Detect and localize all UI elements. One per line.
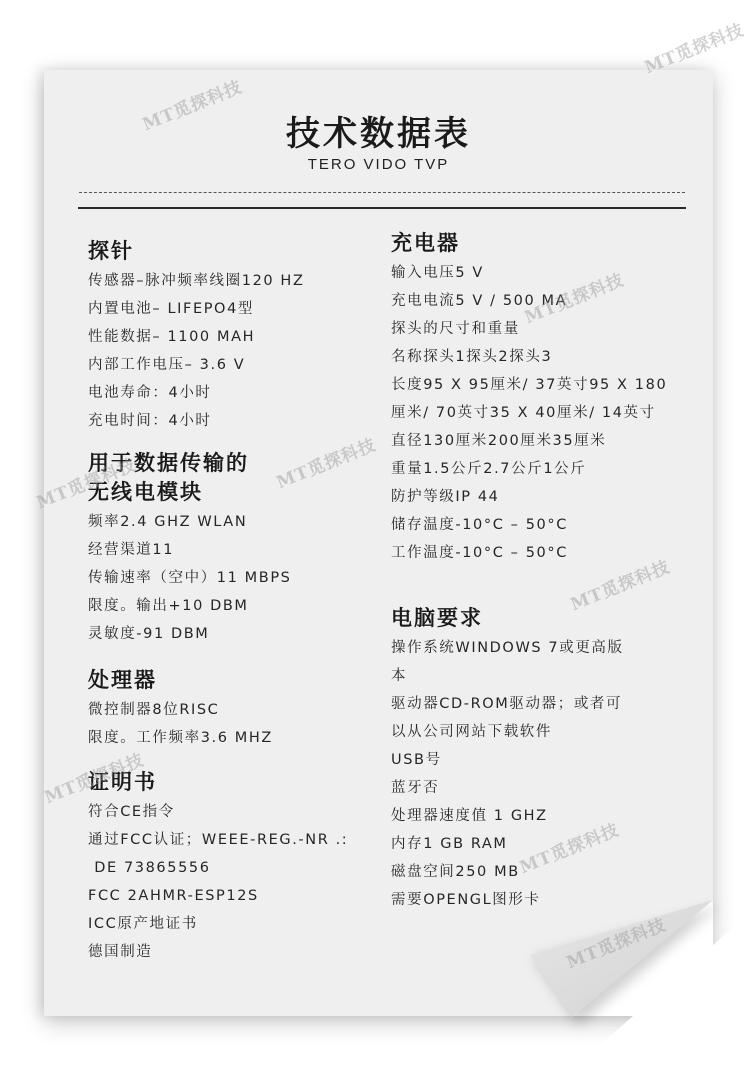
section-title-processor: 处理器 bbox=[88, 667, 378, 694]
section-processor: 处理器 微控制器8位RISC 限度。工作频率3.6 MHZ bbox=[88, 667, 378, 752]
section-title-probe: 探针 bbox=[88, 238, 378, 265]
spec-line: 长度95 X 95厘米/ 37英寸95 X 180 bbox=[391, 371, 701, 399]
spec-line: 灵敏度-91 DBM bbox=[88, 620, 378, 648]
spec-line: FCC 2AHMR-ESP12S bbox=[88, 882, 378, 910]
spec-line: 限度。输出+10 DBM bbox=[88, 592, 378, 620]
section-radio-module: 用于数据传输的 无线电模块 频率2.4 GHZ WLAN 经营渠道11 传输速率… bbox=[88, 450, 378, 648]
spec-line: 直径130厘米200厘米35厘米 bbox=[391, 427, 701, 455]
spec-line: 本 bbox=[391, 662, 701, 690]
watermark: MT觅探科技 bbox=[640, 15, 747, 78]
spec-line: 驱动器CD-ROM驱动器；或者可 bbox=[391, 690, 701, 718]
left-column: 探针 传感器–脉冲频率线圈120 HZ 内置电池– LIFEPO4型 性能数据–… bbox=[88, 238, 378, 966]
section-title-charger: 充电器 bbox=[391, 230, 701, 257]
spec-line: 传感器–脉冲频率线圈120 HZ bbox=[88, 267, 378, 295]
spec-line: 操作系统WINDOWS 7或更高版 bbox=[391, 634, 701, 662]
spec-line: 内部工作电压– 3.6 V bbox=[88, 351, 378, 379]
spec-line: 经营渠道11 bbox=[88, 536, 378, 564]
solid-divider bbox=[78, 207, 686, 209]
spec-line: 频率2.4 GHZ WLAN bbox=[88, 508, 378, 536]
section-title-radio-module-line2: 无线电模块 bbox=[88, 479, 378, 506]
section-probe: 探针 传感器–脉冲频率线圈120 HZ 内置电池– LIFEPO4型 性能数据–… bbox=[88, 238, 378, 435]
spec-line: 传输速率（空中）11 MBPS bbox=[88, 564, 378, 592]
section-charger: 充电器 输入电压5 V 充电电流5 V / 500 MA 探头的尺寸和重量 名称… bbox=[391, 230, 701, 567]
spec-line: 符合CE指令 bbox=[88, 798, 378, 826]
spec-line: 输入电压5 V bbox=[391, 259, 701, 287]
spec-line: 储存温度-10°C – 50°C bbox=[391, 511, 701, 539]
spec-line: 需要OPENGL图形卡 bbox=[391, 886, 701, 914]
spec-line: 内置电池– LIFEPO4型 bbox=[88, 295, 378, 323]
spec-line: 充电时间：4小时 bbox=[88, 407, 378, 435]
page-subtitle: TERO VIDO TVP bbox=[44, 156, 713, 173]
spec-line: 防护等级IP 44 bbox=[391, 483, 701, 511]
spec-line: ICC原产地证书 bbox=[88, 910, 378, 938]
spec-line: 厘米/ 70英寸35 X 40厘米/ 14英寸 bbox=[391, 399, 701, 427]
spec-line: DE 73865556 bbox=[88, 854, 378, 882]
spec-line: 以从公司网站下载软件 bbox=[391, 718, 701, 746]
spec-line: 名称探头1探头2探头3 bbox=[391, 343, 701, 371]
dashed-divider bbox=[79, 192, 685, 193]
spec-line: USB号 bbox=[391, 746, 701, 774]
section-certificates: 证明书 符合CE指令 通过FCC认证；WEEE-REG.-NR .: DE 73… bbox=[88, 769, 378, 966]
spec-line: 电池寿命：4小时 bbox=[88, 379, 378, 407]
spec-line: 性能数据– 1100 MAH bbox=[88, 323, 378, 351]
spec-line: 微控制器8位RISC bbox=[88, 696, 378, 724]
section-title-pc-requirements: 电脑要求 bbox=[391, 605, 701, 632]
spec-line: 通过FCC认证；WEEE-REG.-NR .: bbox=[88, 826, 378, 854]
spec-line: 蓝牙否 bbox=[391, 774, 701, 802]
spec-line: 处理器速度值 1 GHZ bbox=[391, 802, 701, 830]
spec-line: 德国制造 bbox=[88, 938, 378, 966]
spec-line: 重量1.5公斤2.7公斤1公斤 bbox=[391, 455, 701, 483]
